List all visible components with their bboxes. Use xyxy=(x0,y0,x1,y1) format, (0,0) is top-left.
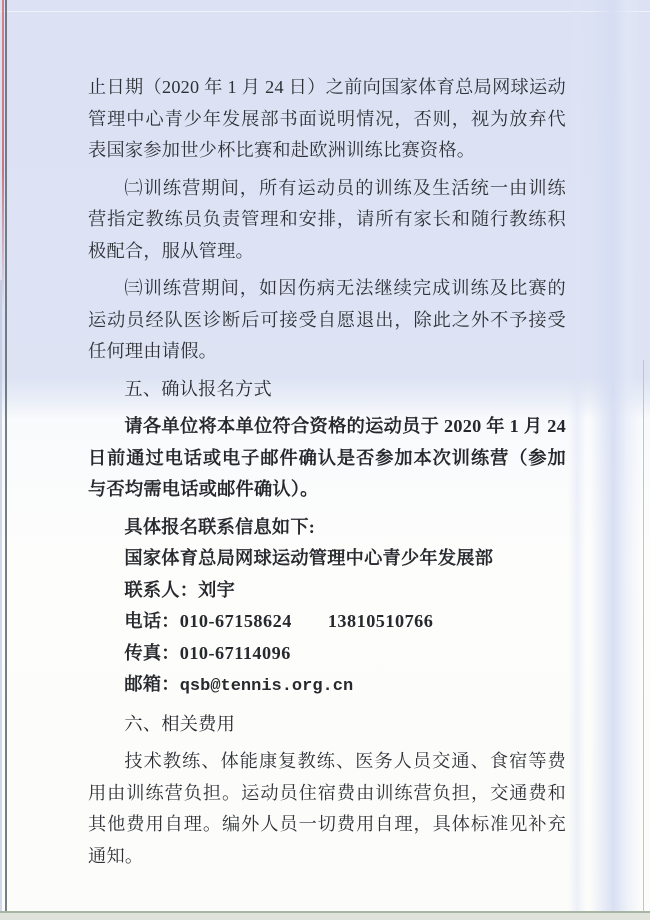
contact-person-line: 联系人：刘宇 xyxy=(88,575,566,607)
section-heading-5: 五、确认报名方式 xyxy=(88,374,566,406)
paragraph-deadline-continuation: 止日期（2020 年 1 月 24 日）之前向国家体育总局网球运动管理中心青少年… xyxy=(88,72,566,167)
paragraph-rule-3: ㈢训练营期间，如因伤病无法继续完成训练及比赛的运动员经队医诊断后可接受自愿退出，… xyxy=(88,273,566,368)
scanned-page: 止日期（2020 年 1 月 24 日）之前向国家体育总局网球运动管理中心青少年… xyxy=(0,0,650,920)
email-label: 邮箱： xyxy=(124,674,179,694)
page-edge-right-line xyxy=(643,360,644,913)
contact-info-block: 具体报名联系信息如下: 国家体育总局网球运动管理中心青少年发展部 联系人：刘宇 … xyxy=(88,512,566,703)
page-bottom-edge-band xyxy=(0,911,650,920)
contact-intro-line: 具体报名联系信息如下: xyxy=(88,512,566,544)
paragraph-rule-2: ㈡训练营期间，所有运动员的训练及生活统一由训练营指定教练员负责管理和安排，请所有… xyxy=(88,173,566,268)
scan-top-streak xyxy=(0,11,650,12)
document-body: 止日期（2020 年 1 月 24 日）之前向国家体育总局网球运动管理中心青少年… xyxy=(88,72,566,878)
scan-right-blue-streak xyxy=(590,0,642,911)
scan-right-blue-streak-2 xyxy=(568,0,586,911)
contact-phone-line: 电话：010-6715862413810510766 xyxy=(88,606,566,638)
section-heading-6: 六、相关费用 xyxy=(88,709,566,741)
contact-fax-line: 传真：010-67114096 xyxy=(88,638,566,670)
fax-number: 010-67114096 xyxy=(180,643,291,663)
contact-email-line: 邮箱：qsb@tennis.org.cn xyxy=(88,669,566,703)
fax-label: 传真： xyxy=(124,643,179,663)
email-address: qsb@tennis.org.cn xyxy=(180,677,353,696)
phone-number-2: 13810510766 xyxy=(328,611,434,631)
phone-number-1: 010-67158624 xyxy=(180,611,292,631)
paragraph-confirmation-bold: 请各单位将本单位符合资格的运动员于 2020 年 1 月 24 日前通过电话或电… xyxy=(88,411,566,506)
page-edge-left-blue-line xyxy=(0,280,2,920)
page-edge-dark-line xyxy=(5,0,7,913)
phone-label: 电话： xyxy=(124,611,179,631)
page-edge-pink-line xyxy=(2,0,4,310)
paragraph-fees: 技术教练、体能康复教练、医务人员交通、食宿等费用由训练营负担。运动员住宿费由训练… xyxy=(88,746,566,872)
contact-organization-line: 国家体育总局网球运动管理中心青少年发展部 xyxy=(88,543,566,575)
